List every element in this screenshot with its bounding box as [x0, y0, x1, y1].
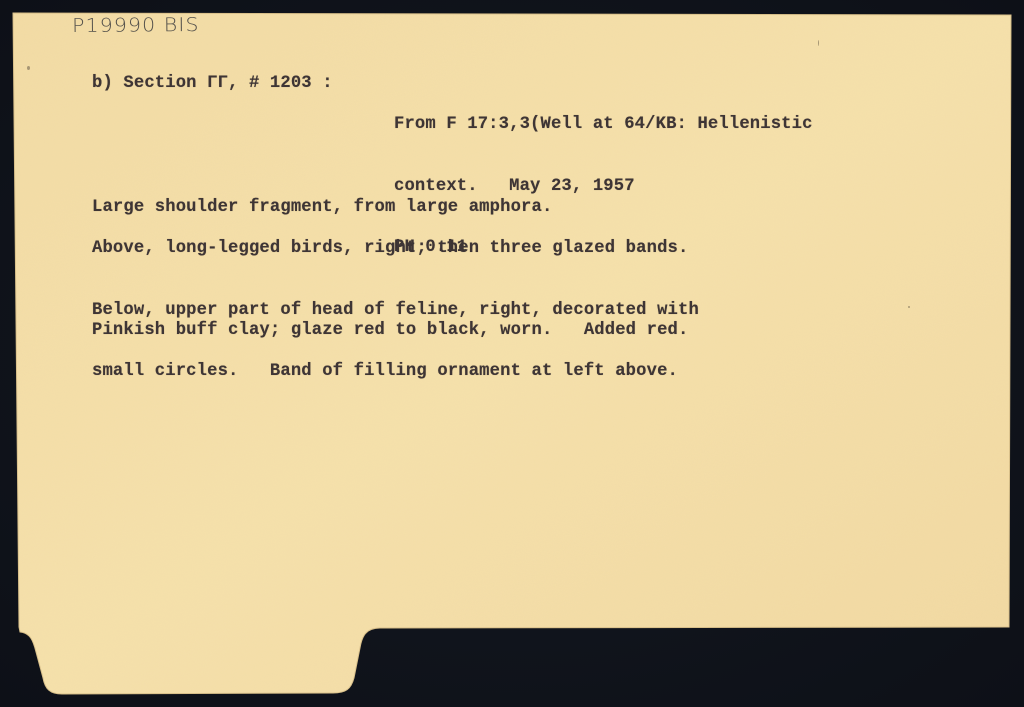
text-line: Pinkish buff clay; glaze red to black, w… [92, 321, 688, 342]
paper-speck [908, 306, 910, 308]
fabric-paragraph: Pinkish buff clay; glaze red to black, w… [92, 280, 688, 383]
text-line: Above, long-legged birds, right; then th… [92, 239, 699, 260]
paper-speck [818, 40, 819, 46]
provenance-line: From F 17:3,3(Well at 64/KB: Hellenistic [394, 115, 813, 136]
paper-speck [27, 66, 30, 70]
index-card: P19990 BIS b) Section ΓΓ, # 1203 : From … [0, 0, 1024, 707]
handwritten-card-id: P19990 BIS [72, 14, 200, 37]
section-label: b) Section ΓΓ, # 1203 : [92, 74, 333, 95]
